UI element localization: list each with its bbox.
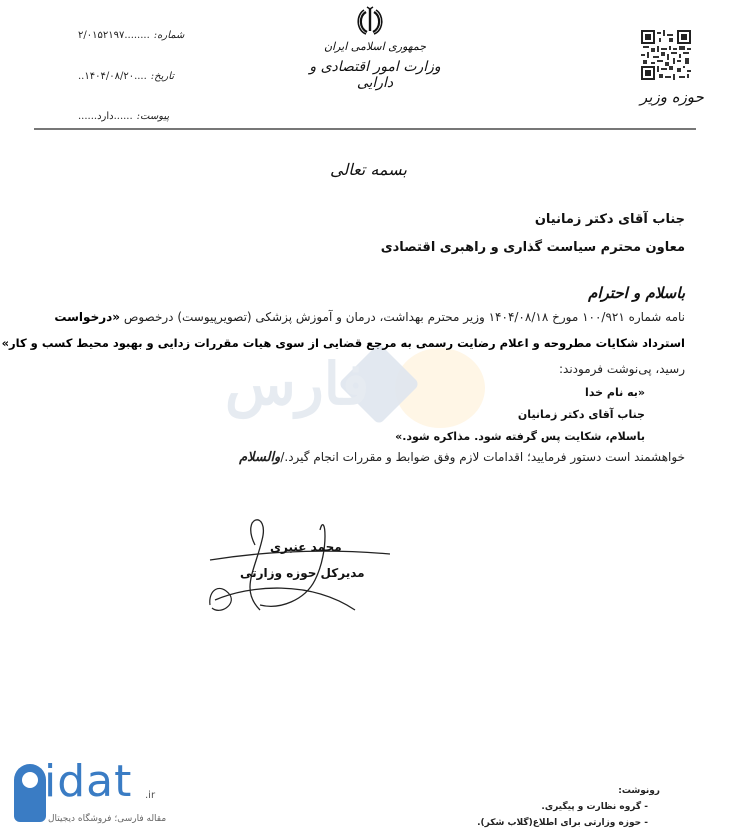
copies-item-1: - گروه نظارت و پیگیری. [541,802,648,812]
attachment-label: پیوست: [137,111,170,122]
recipient-title: معاون محترم سیاست گذاری و راهبری اقتصادی [381,240,685,255]
quote-line-3: باسلام، شکایت پس گرفته شود. مذاکره شود.» [395,430,645,443]
body-line-2: استرداد شکایات مطروحه و اعلام رضایت رسمی… [0,336,685,350]
signatory-name: محمد عنبری [270,540,342,554]
body-line-1-bold: «درخواست [54,310,120,324]
gidat-logo-g-hole [22,772,38,788]
attachment-value: ......دارد...... [78,111,133,122]
qr-code-icon[interactable] [641,30,691,80]
letter-number: شماره:........۲/۰۱۵۲۱۹۷ [78,30,184,41]
copies-label: رونوشت: [618,786,660,796]
letter-date: تاریخ:....۱۴۰۴/۰۸/۲۰.. [78,71,174,82]
country-name: جمهوری اسلامی ایران [300,40,450,53]
watermark-text: فارس [225,350,369,418]
gidat-logo-suffix: .ir [145,790,155,801]
government-header: جمهوری اسلامی ایران وزارت امور اقتصادی و… [300,40,450,91]
date-value: ....۱۴۰۴/۰۸/۲۰.. [78,71,147,82]
quote-line-1: «به نام خدا [585,386,645,399]
quote-line-2: جناب آقای دکتر زمانیان [518,408,645,421]
number-label: شماره: [154,30,185,41]
iran-emblem-icon [355,6,385,38]
copies-item-2: - حوزه وزارتی برای اطلاع(گلاب شکر). [477,818,648,828]
body-line-1-plain: نامه شماره ۱۰۰/۹۲۱ مورخ ۱۴۰۴/۰۸/۱۸ وزیر … [120,310,685,324]
besmeh-taala: بسمه تعالی [330,160,407,179]
gidat-tagline: مقاله فارسی؛ فروشگاه دیجیتال [48,814,166,824]
closing-line: خواهشمند است دستور فرمایید؛ اقدامات لازم… [239,450,685,465]
letter-attachment: پیوست:......دارد...... [78,111,169,122]
gidat-logo-word: idat [44,756,132,807]
body-line-2-bold: استرداد شکایات مطروحه و اعلام رضایت رسمی… [2,336,685,350]
signatory-title: مدیرکل حوزه وزارتی [240,566,365,580]
date-label: تاریخ: [151,71,174,82]
department-name: حوزه وزیر [640,88,704,106]
closing-text: خواهشمند است دستور فرمایید؛ اقدامات لازم… [280,450,685,464]
body-line-3: رسید، پی‌نوشت فرمودند: [559,362,685,376]
header-divider [34,128,696,130]
handwritten-signature-icon [200,510,390,620]
closing-sign: والسلام [239,450,280,465]
greeting: باسلام و احترام [588,284,685,302]
recipient-name: جناب آقای دکتر زمانیان [535,212,685,227]
ministry-name: وزارت امور اقتصادی و دارایی [300,59,450,91]
body-line-1: نامه شماره ۱۰۰/۹۲۱ مورخ ۱۴۰۴/۰۸/۱۸ وزیر … [54,310,685,324]
number-value: ........۲/۰۱۵۲۱۹۷ [78,30,150,41]
